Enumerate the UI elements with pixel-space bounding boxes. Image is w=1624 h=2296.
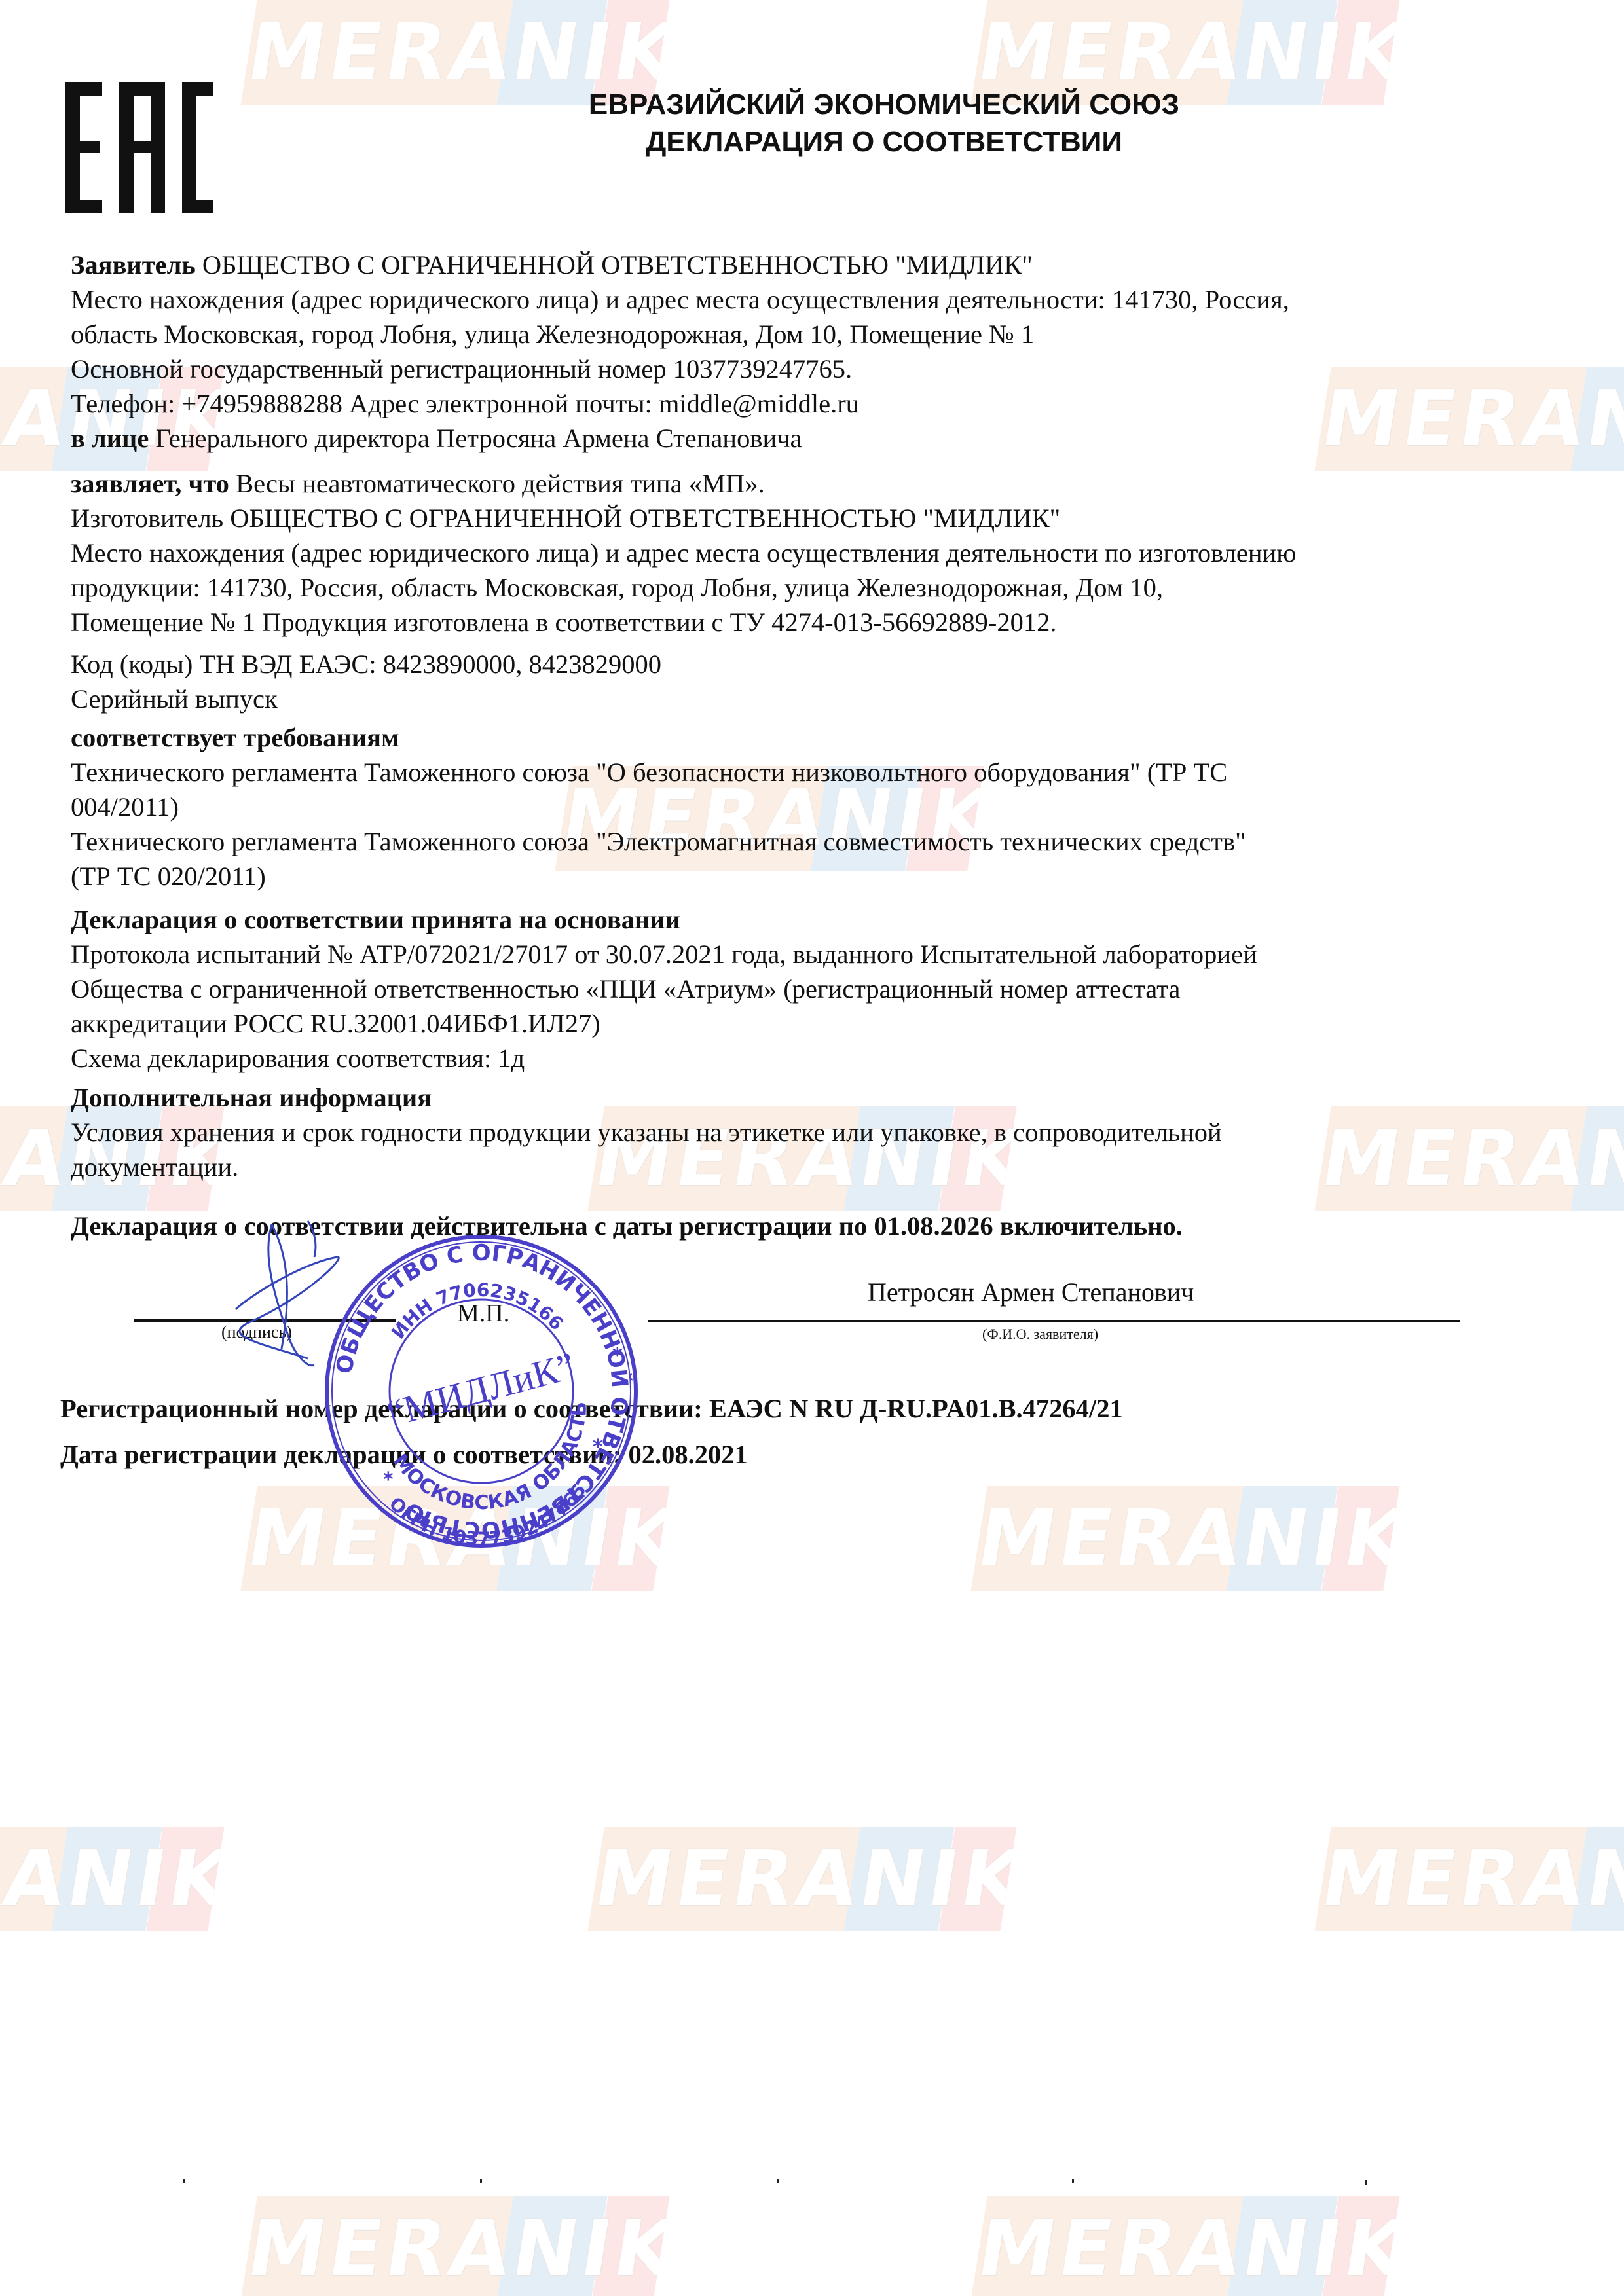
hs-codes: Код (коды) ТН ВЭД ЕАЭС: 8423890000, 8423… — [71, 647, 1479, 682]
applicant-address-1: Место нахождения (адрес юридического лиц… — [71, 282, 1479, 317]
signer-name: Петросян Армен Степанович — [868, 1277, 1194, 1307]
applicant-ogrn: Основной государственный регистрационный… — [71, 352, 1479, 386]
svg-text:*: * — [593, 1436, 603, 1459]
watermark: MERANIK — [1314, 1827, 1624, 1931]
watermark: MERANIK — [240, 2196, 669, 2296]
additional-section: Дополнительная информация Условия хранен… — [71, 1080, 1479, 1184]
declares-section: заявляет, что Весы неавтоматического дей… — [71, 466, 1479, 640]
name-line — [648, 1320, 1460, 1322]
svg-text:“МИДЛиК”: “МИДЛиК” — [382, 1344, 579, 1435]
svg-text:*: * — [383, 1468, 394, 1491]
applicant-section: Заявитель ОБЩЕСТВО С ОГРАНИЧЕННОЙ ОТВЕТС… — [71, 247, 1479, 456]
representative-name: Генерального директора Петросяна Армена … — [149, 424, 802, 453]
watermark: MERANIK — [587, 1827, 1016, 1931]
name-caption: (Ф.И.О. заявителя) — [982, 1326, 1098, 1343]
codes-section: Код (коды) ТН ВЭД ЕАЭС: 8423890000, 8423… — [71, 647, 1479, 716]
applicant-contacts: Телефон: +74959888288 Адрес электронной … — [71, 386, 1479, 421]
document-title: ДЕКЛАРАЦИЯ О СООТВЕТСТВИИ — [72, 126, 1624, 158]
additional-text-1: Условия хранения и срок годности продукц… — [71, 1115, 1479, 1150]
watermark: MERANIK — [970, 2196, 1399, 2296]
basis-label: Декларация о соответствии принята на осн… — [71, 902, 1479, 937]
additional-label: Дополнительная информация — [71, 1080, 1479, 1115]
svg-text:*: * — [612, 1344, 623, 1367]
manufacturer: Изготовитель ОБЩЕСТВО С ОГРАНИЧЕННОЙ ОТВ… — [71, 501, 1479, 536]
basis-protocol-1: Протокола испытаний № АТР/072021/27017 о… — [71, 937, 1479, 972]
regulation-2: Технического регламента Таможенного союз… — [71, 824, 1479, 859]
additional-text-2: документации. — [71, 1150, 1479, 1184]
company-seal-stamp-icon: ОБЩЕСТВО С ОГРАНИЧЕННОЙ ОТВЕТСТВЕННОСТЬЮ… — [321, 1231, 642, 1552]
applicant-label: Заявитель — [71, 250, 196, 280]
scan-artifact — [480, 2179, 482, 2183]
basis-protocol-3: аккредитации РОСС RU.32001.04ИБФ1.ИЛ27) — [71, 1006, 1479, 1041]
declaration-page: MERANIK MERANIK MERANIK MERANIK MERANIK … — [0, 0, 1624, 2296]
manufacturer-address-2: продукции: 141730, Россия, область Моско… — [71, 570, 1479, 605]
regulation-1-cont: 004/2011) — [71, 790, 1479, 824]
declares-label: заявляет, что — [71, 469, 229, 498]
product-name: Весы неавтоматического действия типа «МП… — [229, 469, 765, 498]
representative-label: в лице — [71, 424, 149, 453]
regulation-2-cont: (ТР ТС 020/2011) — [71, 859, 1479, 894]
declaration-scheme: Схема декларирования соответствия: 1д — [71, 1041, 1479, 1076]
basis-section: Декларация о соответствии принята на осн… — [71, 902, 1479, 1076]
basis-protocol-2: Общества с ограниченной ответственностью… — [71, 972, 1479, 1006]
manufacturer-address-3: Помещение № 1 Продукция изготовлена в со… — [71, 605, 1479, 640]
scan-artifact — [1072, 2179, 1074, 2183]
svg-text:ИНН 7706235166: ИНН 7706235166 — [387, 1279, 568, 1343]
scan-artifact — [777, 2179, 779, 2183]
watermark: MERANIK — [0, 1827, 225, 1931]
applicant-address-2: область Московская, город Лобня, улица Ж… — [71, 317, 1479, 352]
requirements-section: соответствует требованиям Технического р… — [71, 720, 1479, 894]
scan-artifact — [1365, 2180, 1367, 2185]
watermark: MERANIK — [970, 1486, 1399, 1591]
scan-artifact — [183, 2179, 185, 2183]
applicant-name: ОБЩЕСТВО С ОГРАНИЧЕННОЙ ОТВЕТСТВЕННОСТЬЮ… — [196, 250, 1033, 280]
regulation-1: Технического регламента Таможенного союз… — [71, 755, 1479, 790]
release-type: Серийный выпуск — [71, 682, 1479, 716]
union-title: ЕВРАЗИЙСКИЙ ЭКОНОМИЧЕСКИЙ СОЮЗ — [72, 88, 1624, 121]
manufacturer-address-1: Место нахождения (адрес юридического лиц… — [71, 536, 1479, 570]
requirements-label: соответствует требованиям — [71, 720, 1479, 755]
